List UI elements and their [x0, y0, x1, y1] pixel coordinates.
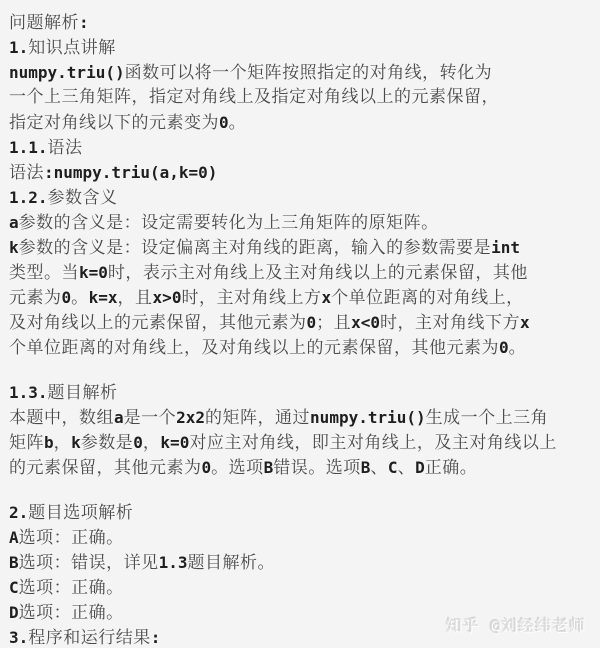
text-line: 1.知识点讲解: [9, 35, 594, 60]
code-text: x: [321, 288, 331, 307]
code-text: 3.: [9, 628, 28, 647]
text-line: 矩阵b，k参数是0，k=0对应主对角线，即主对角线上，及主对角线以上: [9, 430, 594, 455]
code-text: B: [9, 553, 19, 572]
code-text: 0: [499, 338, 509, 357]
code-text: D: [415, 458, 425, 477]
code-text: 0: [307, 313, 317, 332]
code-text: 0: [133, 433, 143, 452]
code-text: b: [44, 433, 54, 452]
text-line: 1.1.语法: [9, 135, 594, 160]
text-line: 1.2.参数含义: [9, 185, 594, 210]
code-text: int: [491, 238, 520, 257]
text-line: numpy.triu()函数可以将一个矩阵按照指定的对角线，转化为: [9, 60, 594, 85]
code-text: 1.: [9, 38, 28, 57]
code-text: numpy.triu(): [310, 408, 426, 427]
code-text: k=0: [160, 433, 189, 452]
text-line: B选项：错误，详见1.3题目解析。: [9, 550, 594, 575]
code-text: C: [9, 578, 19, 597]
code-text: 1.3: [159, 553, 188, 572]
code-text: x: [520, 313, 530, 332]
text-line: k参数的含义是：设定偏离主对角线的距离，输入的参数需要是int: [9, 235, 594, 260]
text-line: 本题中，数组a是一个2x2的矩阵，通过numpy.triu()生成一个上三角: [9, 405, 594, 430]
article-body: 问题解析:1.知识点讲解numpy.triu()函数可以将一个矩阵按照指定的对角…: [9, 10, 594, 648]
text-line: D选项：正确。: [9, 600, 594, 625]
text-line: [9, 360, 594, 380]
code-text: B: [264, 458, 274, 477]
text-line: [9, 480, 594, 500]
text-line: 问题解析:: [9, 10, 594, 35]
code-text: 2.: [9, 503, 28, 522]
code-text: :: [151, 628, 161, 647]
code-text: numpy.triu(): [9, 63, 125, 82]
code-text: 1.1.: [9, 138, 48, 157]
text-line: 1.3.题目解析: [9, 380, 594, 405]
text-line: 元素为0。k=x，且x>0时，主对角线上方x个单位距离的对角线上，: [9, 285, 594, 310]
text-line: C选项：正确。: [9, 575, 594, 600]
text-line: 的元素保留，其他元素为0。选项B错误。选项B、C、D正确。: [9, 455, 594, 480]
text-line: 类型。当k=0时，表示主对角线上及主对角线以上的元素保留，其他: [9, 260, 594, 285]
text-line: 3.程序和运行结果:: [9, 625, 594, 648]
code-text: 0: [202, 458, 212, 477]
code-text: :: [79, 13, 89, 32]
text-line: 指定对角线以下的元素变为0。: [9, 110, 594, 135]
code-text: D: [9, 603, 19, 622]
code-text: 1.2.: [9, 188, 48, 207]
code-text: 2x2: [176, 408, 205, 427]
text-line: a参数的含义是：设定需要转化为上三角矩阵的原矩阵。: [9, 210, 594, 235]
text-line: 语法:numpy.triu(a,k=0): [9, 160, 594, 185]
code-text: a: [9, 213, 19, 232]
code-text: A: [9, 528, 19, 547]
text-line: 一个上三角矩阵，指定对角线上及指定对角线以上的元素保留，: [9, 85, 594, 110]
code-text: x>0: [153, 288, 182, 307]
text-line: 2.题目选项解析: [9, 500, 594, 525]
code-text: C: [388, 458, 398, 477]
text-line: A选项：正确。: [9, 525, 594, 550]
code-text: :numpy.triu(a,k=0): [44, 163, 217, 182]
document-page: 问题解析:1.知识点讲解numpy.triu()函数可以将一个矩阵按照指定的对角…: [0, 0, 600, 648]
code-text: x<0: [351, 313, 380, 332]
code-text: k=0: [79, 263, 108, 282]
code-text: 0: [219, 113, 229, 132]
text-line: 及对角线以上的元素保留，其他元素为0；且x<0时，主对角线下方x: [9, 310, 594, 335]
text-line: 个单位距离的对角线上，及对角线以上的元素保留，其他元素为0。: [9, 335, 594, 360]
code-text: k=x: [89, 288, 118, 307]
code-text: k: [9, 238, 19, 257]
code-text: k: [71, 433, 81, 452]
code-text: 0: [62, 288, 72, 307]
code-text: a: [114, 408, 124, 427]
code-text: 1.3.: [9, 383, 48, 402]
code-text: B: [361, 458, 371, 477]
